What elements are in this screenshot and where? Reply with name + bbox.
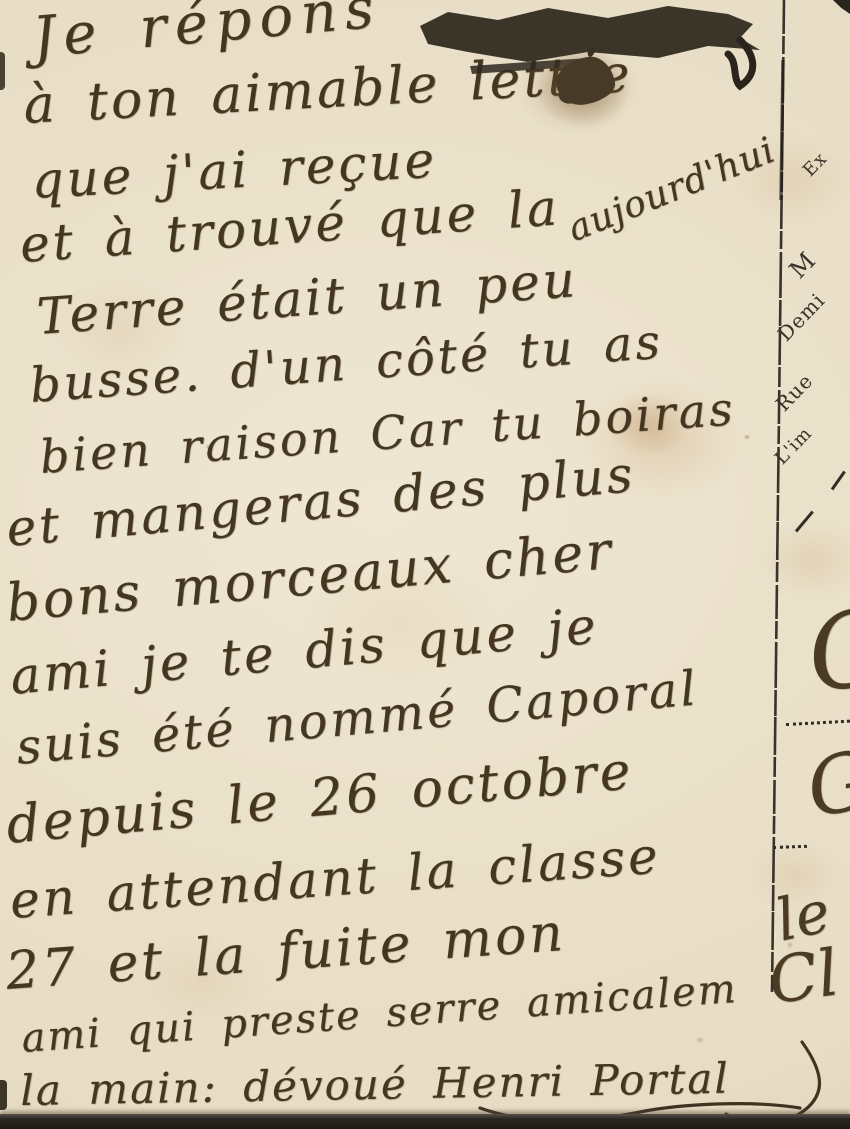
handwritten-word-diagonal: aujourd'hui [562,130,781,250]
printed-label-expediteur: Ex [799,148,832,181]
scan-edge-mark [0,52,5,90]
scan-edge-mark [0,1080,7,1110]
printed-dotted-line [786,720,850,726]
printed-dotted-line [773,845,807,849]
printed-label-limprimerie: L'im [771,423,816,469]
cursive-overflow-stroke: Cl [764,936,843,1019]
printed-dash [795,511,814,533]
cursive-overflow-stroke: C [800,585,850,717]
printed-label-demeurant: Demi [773,288,830,346]
scan-corner-mark [830,0,850,14]
postcard-scan: Je répons à ton aimable lettre que j'ai … [0,0,850,1129]
printed-dash [831,471,846,491]
printed-label-m: M [784,246,822,284]
cursive-overflow-stroke: G [800,733,850,836]
scan-bottom-edge [0,1114,850,1129]
printed-label-rue: Rue [771,369,818,416]
